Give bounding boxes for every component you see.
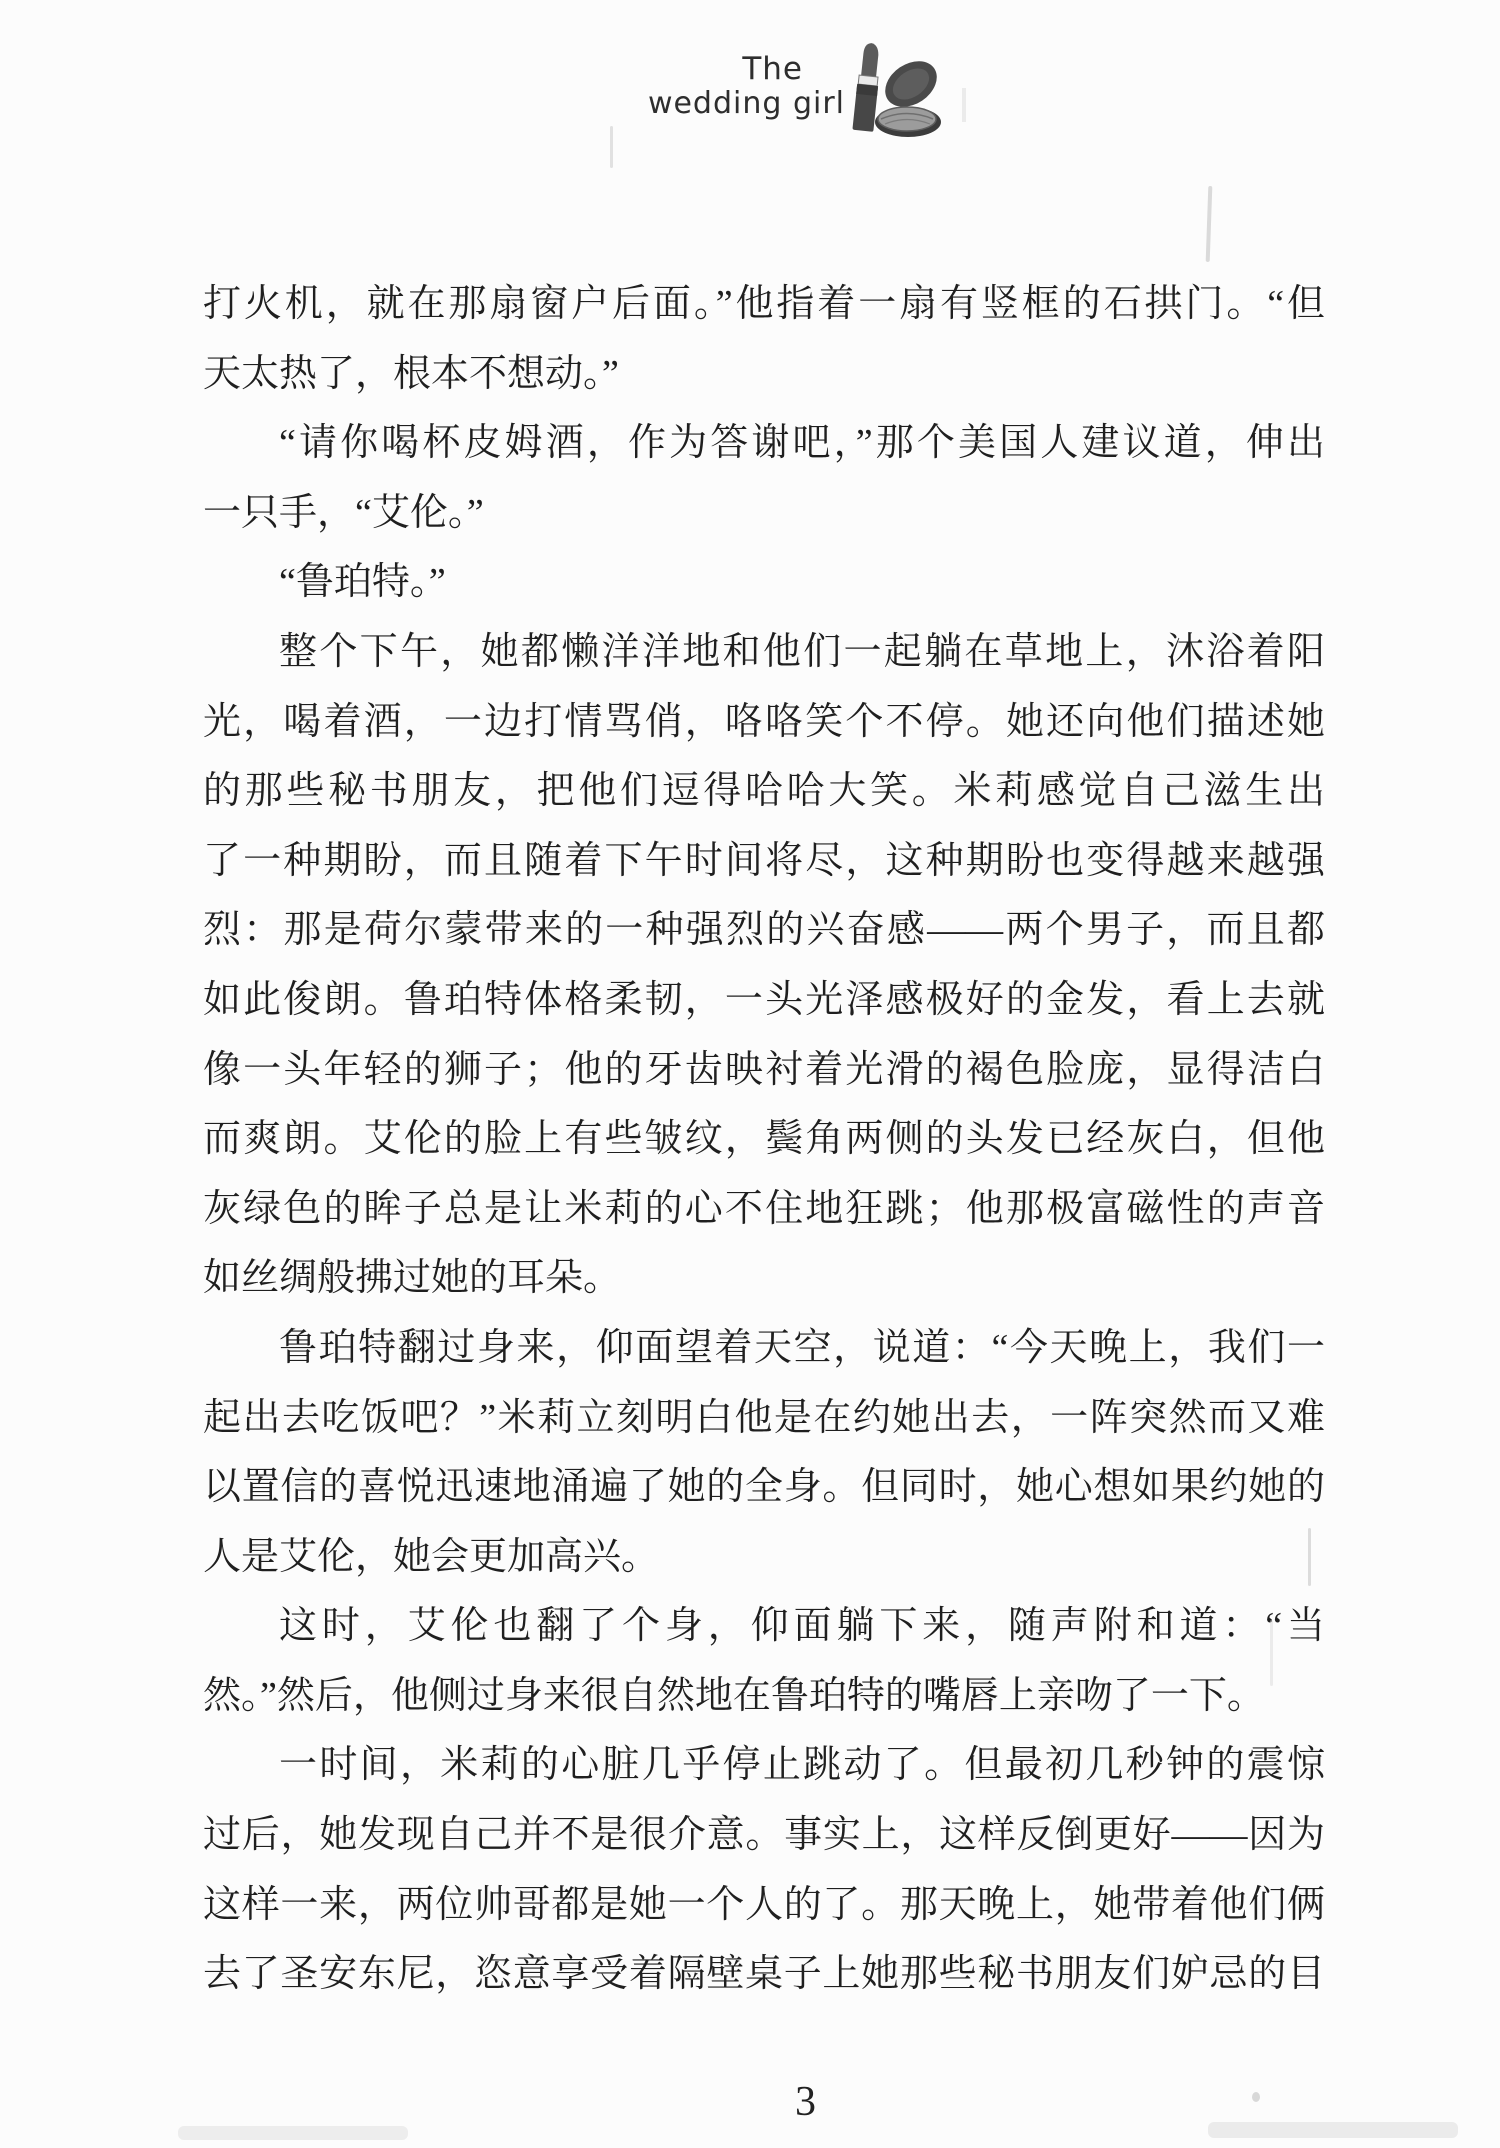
text-line: 以置信的喜悦迅速地涌遍了她的全身。但同时，她心想如果约她的 [203,1453,1325,1523]
text-line: 整个下午，她都懒洋洋地和他们一起躺在草地上，沐浴着阳 [203,618,1325,688]
text-line: 而爽朗。艾伦的脸上有些皱纹，鬓角两侧的头发已经灰白，但他 [203,1105,1325,1175]
logo-text-line1: The [500,52,845,86]
text-line: 然。”然后，他侧过身来很自然地在鲁珀特的嘴唇上亲吻了一下。 [203,1662,1325,1732]
text-line: 起出去吃饭吧？”米莉立刻明白他是在约她出去，一阵突然而又难 [203,1384,1325,1454]
text-line: 的那些秘书朋友，把他们逗得哈哈大笑。米莉感觉自己滋生出 [203,757,1325,827]
text-line: 天太热了，根本不想动。” [203,340,1325,410]
scan-artifact [610,126,613,168]
text-line: 了一种期盼，而且随着下午时间将尽，这种期盼也变得越来越强 [203,827,1325,897]
book-logo: The wedding girl [500,52,845,122]
text-line: 像一头年轻的狮子；他的牙齿映衬着光滑的褐色脸庞，显得洁白 [203,1036,1325,1106]
text-line: “请你喝杯皮姆酒，作为答谢吧，”那个美国人建议道，伸出 [203,409,1325,479]
text-line: 一只手，“艾伦。” [203,479,1325,549]
text-line: 过后，她发现自己并不是很介意。事实上，这样反倒更好——因为 [203,1801,1325,1871]
text-line: 这时，艾伦也翻了个身，仰面躺下来，随声附和道：“当 [203,1592,1325,1662]
text-line: 这样一来，两位帅哥都是她一个人的了。那天晚上，她带着他们俩 [203,1871,1325,1941]
scan-artifact [962,88,966,122]
page-number: 3 [795,2078,816,2126]
text-line: 光，喝着酒，一边打情骂俏，咯咯笑个不停。她还向他们描述她 [203,688,1325,758]
scan-artifact [1252,2092,1260,2102]
text-line: 去了圣安东尼，恣意享受着隔壁桌子上她那些秘书朋友们妒忌的目 [203,1940,1325,2010]
text-line: 烈：那是荷尔蒙带来的一种强烈的兴奋感——两个男子，而且都 [203,896,1325,966]
text-line: 人是艾伦，她会更加高兴。 [203,1523,1325,1593]
logo-text-line2: wedding girl [500,86,845,122]
scan-artifact [1206,186,1213,262]
text-line: 打火机，就在那扇窗户后面。”他指着一扇有竖框的石拱门。“但 [203,270,1325,340]
text-line: “鲁珀特。” [203,548,1325,618]
body-text: 打火机，就在那扇窗户后面。”他指着一扇有竖框的石拱门。“但天太热了，根本不想动。… [203,270,1325,2010]
text-line: 如丝绸般拂过她的耳朵。 [203,1244,1325,1314]
lipstick-and-compact-icon [845,36,955,140]
scan-artifact [178,2126,408,2140]
text-line: 鲁珀特翻过身来，仰面望着天空，说道：“今天晚上，我们一 [203,1314,1325,1384]
scan-artifact [1208,2122,1458,2138]
text-line: 灰绿色的眸子总是让米莉的心不住地狂跳；他那极富磁性的声音 [203,1175,1325,1245]
text-line: 一时间，米莉的心脏几乎停止跳动了。但最初几秒钟的震惊 [203,1731,1325,1801]
text-line: 如此俊朗。鲁珀特体格柔韧，一头光泽感极好的金发，看上去就 [203,966,1325,1036]
book-page: The wedding girl 打火机，就在那扇窗户后面 [0,0,1500,2148]
